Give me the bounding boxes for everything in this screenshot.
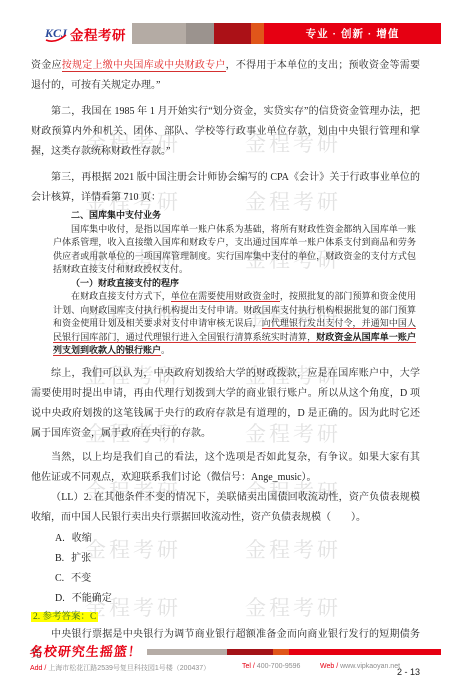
footer-address: Add / 上海市松花江路2539号复旦科技园1号楼（200437）	[30, 663, 242, 673]
band-segment-orange	[251, 23, 264, 44]
option-a: A.收缩	[55, 529, 420, 549]
header-color-band: 专业 · 创新 · 增值	[132, 23, 441, 44]
page-header: KCJ 金程考研 专业 · 创新 · 增值	[44, 23, 441, 44]
footer-slogan: 名校研究生摇篮！	[29, 641, 143, 660]
excerpt-text: 。	[161, 345, 170, 355]
paragraph-3: 第三，再根据 2021 版中国注册会计师协会编写的 CPA《会计》关于行政事业单…	[31, 168, 420, 208]
band-segment-darkred	[214, 23, 251, 44]
paragraph-4: 综上，我们可以认为，中央政府划拨给大学的财政拨款，应是在国库账户中，大学需要使用…	[31, 364, 420, 444]
underlined-text: 单位在需要使用财政资金时	[171, 291, 280, 302]
footer-web: Web / www.vipkaoyan.net	[320, 663, 400, 673]
option-list: A.收缩 B.扩张 C.不变 D.不能确定	[55, 529, 420, 609]
answer-highlight: 2. 参考答案：C	[31, 612, 98, 622]
web-value: www.vipkaoyan.net	[340, 663, 400, 670]
band-segment-gray	[132, 23, 186, 44]
page-footer: 名校研究生摇篮！ Add / 上海市松花江路2539号复旦科技园1号楼（2004…	[0, 641, 441, 673]
footer-contact-info: Add / 上海市松花江路2539号复旦科技园1号楼（200437） Tel /…	[30, 663, 441, 673]
excerpt-paragraph-1: 国库集中收付，是指以国库单一账户体系为基础，将所有财政性资金都纳入国库单一账户体…	[53, 223, 416, 277]
logo-text: 金程考研	[70, 24, 126, 44]
address-label: Add /	[30, 665, 46, 672]
red-emphasis-text: 按规定上缴中央国库或中央财政专户	[62, 60, 226, 72]
option-text: 扩张	[71, 553, 91, 564]
option-b: B.扩张	[55, 549, 420, 569]
kcj-logo-icon: KCJ	[44, 23, 70, 44]
web-label: Web /	[320, 663, 338, 670]
footer-bar-darkred	[227, 649, 273, 655]
paragraph-1-text: 资金应	[31, 60, 62, 71]
svg-text:KCJ: KCJ	[44, 26, 68, 40]
answer-line: 2. 参考答案：C	[31, 609, 420, 625]
excerpt-paragraph-2: 在财政直接支付方式下，单位在需要使用财政资金时，按照批复的部门预算和资金使用计划…	[53, 290, 416, 358]
document-page: 金程考研金程考研金程考研金程考研金程考研金程考研金程考研金程考研金程考研金程考研…	[0, 0, 451, 678]
tel-label: Tel /	[242, 663, 255, 670]
question-text: （LL）2. 在其他条件不变的情况下，美联储卖出国债回收流动性，资产负债表规模收…	[31, 488, 420, 528]
option-label: B.	[55, 553, 64, 564]
tel-value: 400-700-9596	[257, 663, 301, 670]
textbook-excerpt: 二、国库集中支付业务 国库集中收付，是指以国库单一账户体系为基础，将所有财政性资…	[53, 209, 416, 358]
option-c: C.不变	[55, 569, 420, 589]
header-slogan: 专业 · 创新 · 增值	[306, 26, 400, 41]
band-segment-red: 专业 · 创新 · 增值	[264, 23, 441, 44]
footer-bar-gray	[147, 649, 227, 655]
option-label: A.	[55, 533, 65, 544]
address-value: 上海市松花江路2539号复旦科技园1号楼（200437）	[48, 665, 210, 672]
option-d: D.不能确定	[55, 589, 420, 609]
footer-banner: 名校研究生摇篮！	[30, 641, 441, 660]
option-label: C.	[55, 573, 64, 584]
paragraph-5: 当然，以上均是我们自己的看法，这个选项是否如此复杂，有争议。如果大家有其他佐证或…	[31, 448, 420, 488]
kcj-logo: KCJ 金程考研	[44, 23, 126, 44]
excerpt-heading-2: （一）财政直接支付的程序	[53, 277, 416, 291]
option-label: D.	[55, 593, 65, 604]
band-segment-darkgray	[186, 23, 214, 44]
paragraph-1: 资金应按规定上缴中央国库或中央财政专户，不得用于本单位的支出；预收资金等需要退付…	[31, 56, 420, 96]
footer-bar-orange	[273, 649, 289, 655]
footer-bar-red	[289, 649, 441, 655]
document-body: 资金应按规定上缴中央国库或中央财政专户，不得用于本单位的支出；预收资金等需要退付…	[0, 44, 451, 678]
option-text: 收缩	[72, 533, 92, 544]
option-text: 不能确定	[72, 593, 112, 604]
excerpt-text: 在财政直接支付方式下，	[71, 291, 171, 301]
paragraph-2: 第二，我国在 1985 年 1 月开始实行“划分资金，实贷实存”的信贷资金管理办…	[31, 102, 420, 162]
footer-color-bar	[147, 649, 441, 655]
option-text: 不变	[71, 573, 91, 584]
excerpt-heading-1: 二、国库集中支付业务	[53, 209, 416, 223]
footer-tel: Tel / 400-700-9596	[242, 663, 320, 673]
